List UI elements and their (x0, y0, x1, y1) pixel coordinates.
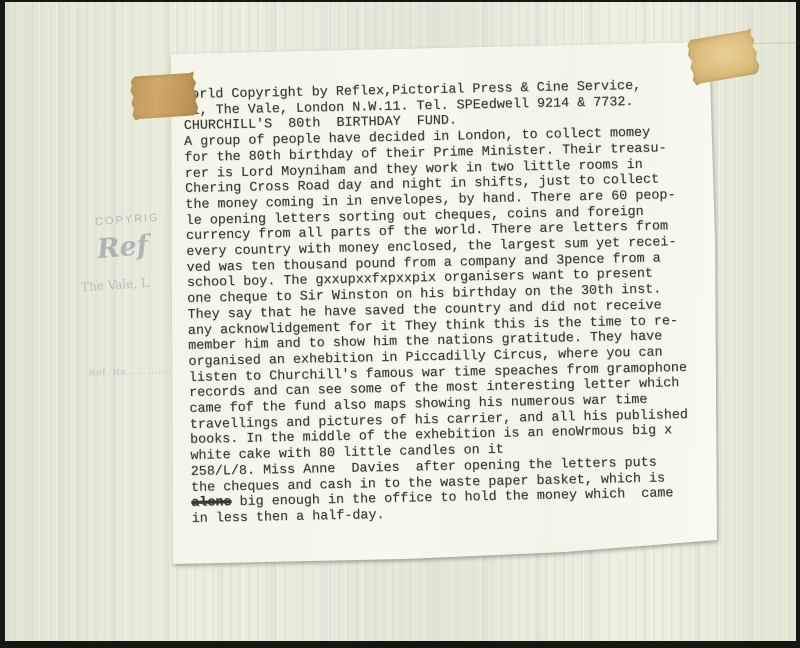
stamp-address-text: The Vale, L (81, 276, 150, 295)
struck-word: alone (191, 495, 231, 511)
masking-tape-top-left (129, 71, 199, 121)
photo-scan-frame: COPYRIG Ref The Vale, L Ref. No.........… (0, 0, 800, 648)
photo-mount-board: COPYRIG Ref The Vale, L Ref. No.........… (5, 2, 796, 641)
caption-footer-paragraph: 258/L/8. Miss Anne Davies after opening … (191, 454, 712, 527)
caption-body-paragraph: A group of people have decided in London… (184, 125, 711, 465)
stamp-reflex-logo: Ref (96, 230, 150, 265)
typed-caption: World Copyright by Reflex,Pictorial Pres… (183, 78, 712, 528)
stamp-copyright-text: COPYRIG (95, 212, 160, 228)
masking-tape-top-right (685, 28, 761, 86)
